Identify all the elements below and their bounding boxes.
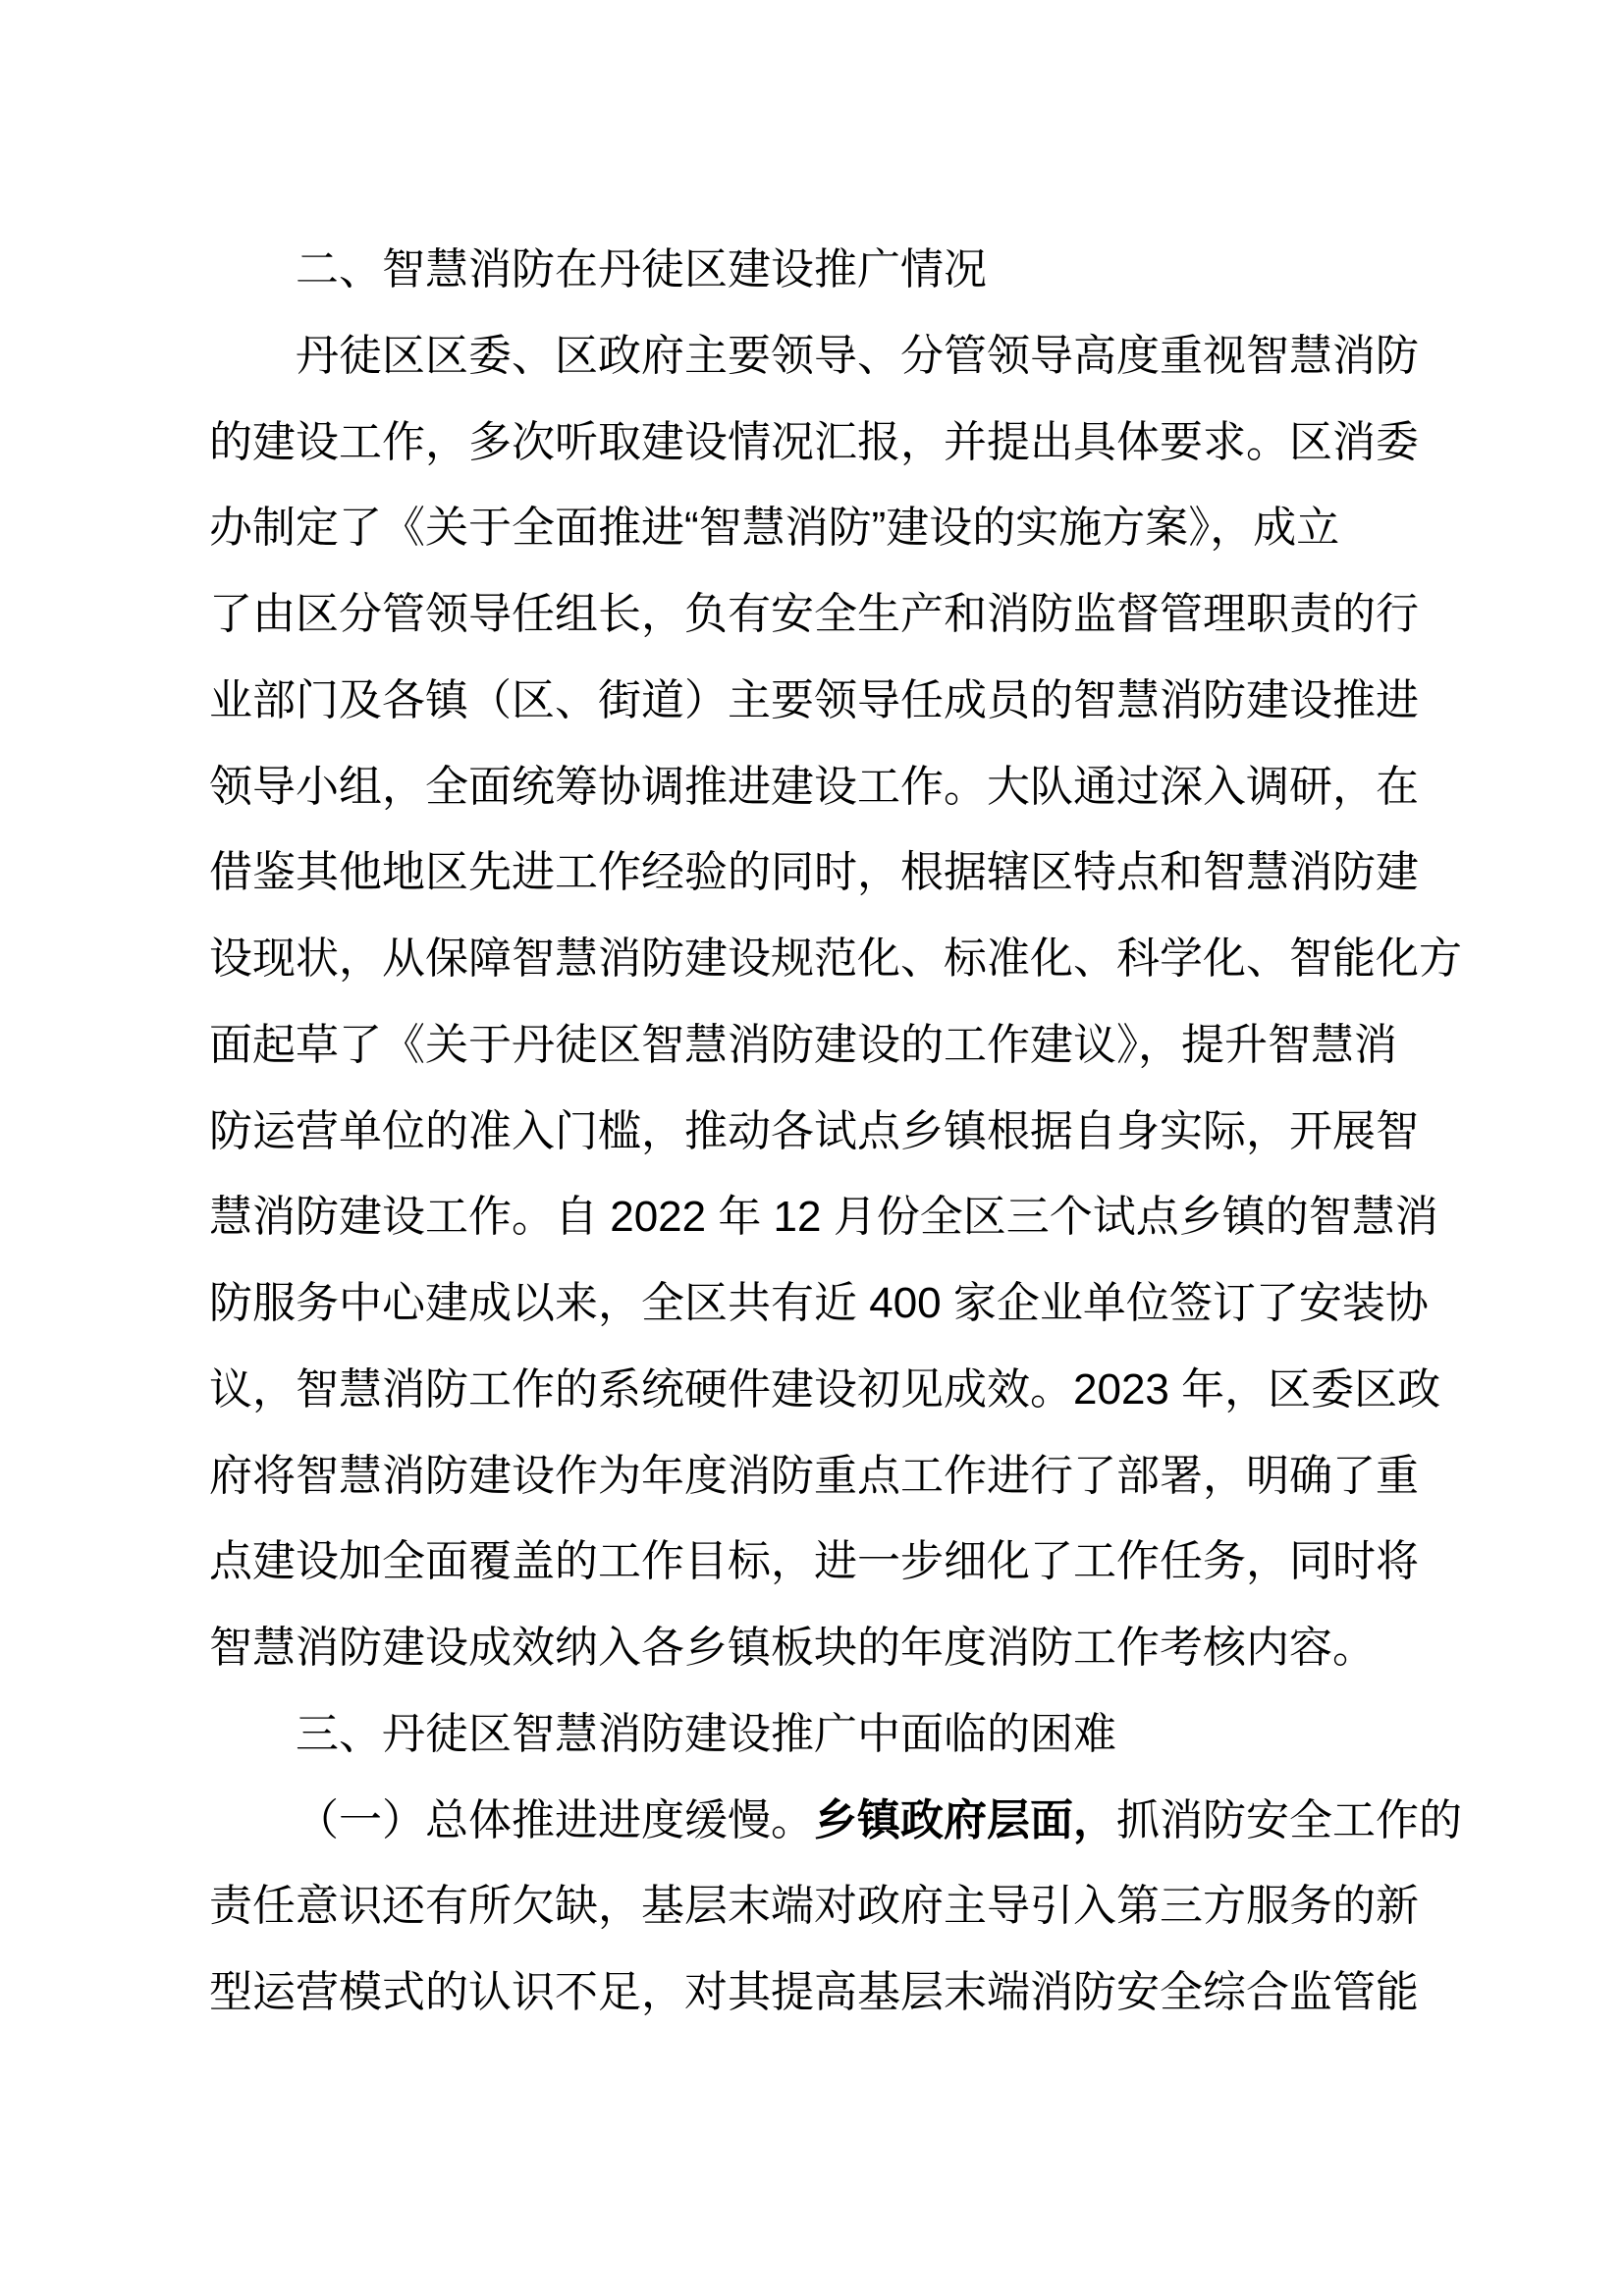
paragraph-2-line-6: 领导小组，全面统筹协调推进建设工作。大队通过深入调研，在: [209, 744, 1427, 830]
paragraph-2-line-12: 防服务中心建成以来，全区共有近 400 家企业单位签订了安装协: [209, 1260, 1427, 1347]
paragraph-4-line-1-bold-emphasis: 乡镇政府层面，: [814, 1796, 1116, 1844]
paragraph-2-line-1: 丹徒区区委、区政府主要领导、分管领导高度重视智慧消防: [209, 313, 1427, 400]
paragraph-2-line-7: 借鉴其他地区先进工作经验的同时，根据辖区特点和智慧消防建: [209, 829, 1427, 916]
section-heading-3: 三、丹徒区智慧消防建设推广中面临的困难: [209, 1691, 1427, 1778]
paragraph-4-line-1: （一）总体推进进度缓慢。乡镇政府层面，抓消防安全工作的: [209, 1778, 1427, 1864]
paragraph-4-line-3: 型运营模式的认识不足，对其提高基层末端消防安全综合监管能: [209, 1949, 1427, 2036]
paragraph-2-line-5: 业部门及各镇（区、街道）主要领导任成员的智慧消防建设推进: [209, 658, 1427, 744]
document-page: 二、智慧消防在丹徒区建设推广情况 丹徒区区委、区政府主要领导、分管领导高度重视智…: [0, 0, 1624, 2296]
paragraph-2-line-4: 了由区分管领导任组长，负有安全生产和消防监督管理职责的行: [209, 571, 1427, 658]
paragraph-4-line-2: 责任意识还有所欠缺，基层末端对政府主导引入第三方服务的新: [209, 1863, 1427, 1949]
paragraph-2-line-2: 的建设工作，多次听取建设情况汇报，并提出具体要求。区消委: [209, 400, 1427, 486]
section-heading-2: 二、智慧消防在丹徒区建设推广情况: [209, 227, 1427, 313]
paragraph-2-line-13: 议，智慧消防工作的系统硬件建设初见成效。2023 年，区委区政: [209, 1347, 1427, 1433]
paragraph-4-line-1-regular-pre: （一）总体推进进度缓慢。: [296, 1796, 814, 1844]
paragraph-2-line-9: 面起草了《关于丹徒区智慧消防建设的工作建议》，提升智慧消: [209, 1002, 1427, 1089]
paragraph-2-line-10: 防运营单位的准入门槛，推动各试点乡镇根据自身实际，开展智: [209, 1089, 1427, 1175]
paragraph-2-line-16: 智慧消防建设成效纳入各乡镇板块的年度消防工作考核内容。: [209, 1605, 1427, 1691]
paragraph-2-line-14: 府将智慧消防建设作为年度消防重点工作进行了部署，明确了重: [209, 1433, 1427, 1520]
document-body: 二、智慧消防在丹徒区建设推广情况 丹徒区区委、区政府主要领导、分管领导高度重视智…: [209, 227, 1427, 2036]
paragraph-2-line-3: 办制定了《关于全面推进“智慧消防”建设的实施方案》，成立: [209, 485, 1427, 571]
paragraph-2-line-15: 点建设加全面覆盖的工作目标，进一步细化了工作任务，同时将: [209, 1519, 1427, 1605]
paragraph-4-line-1-regular-post: 抓消防安全工作的: [1116, 1796, 1462, 1844]
paragraph-2-line-11: 慧消防建设工作。自 2022 年 12 月份全区三个试点乡镇的智慧消: [209, 1174, 1427, 1260]
paragraph-2-line-8: 设现状，从保障智慧消防建设规范化、标准化、科学化、智能化方: [209, 916, 1427, 1002]
